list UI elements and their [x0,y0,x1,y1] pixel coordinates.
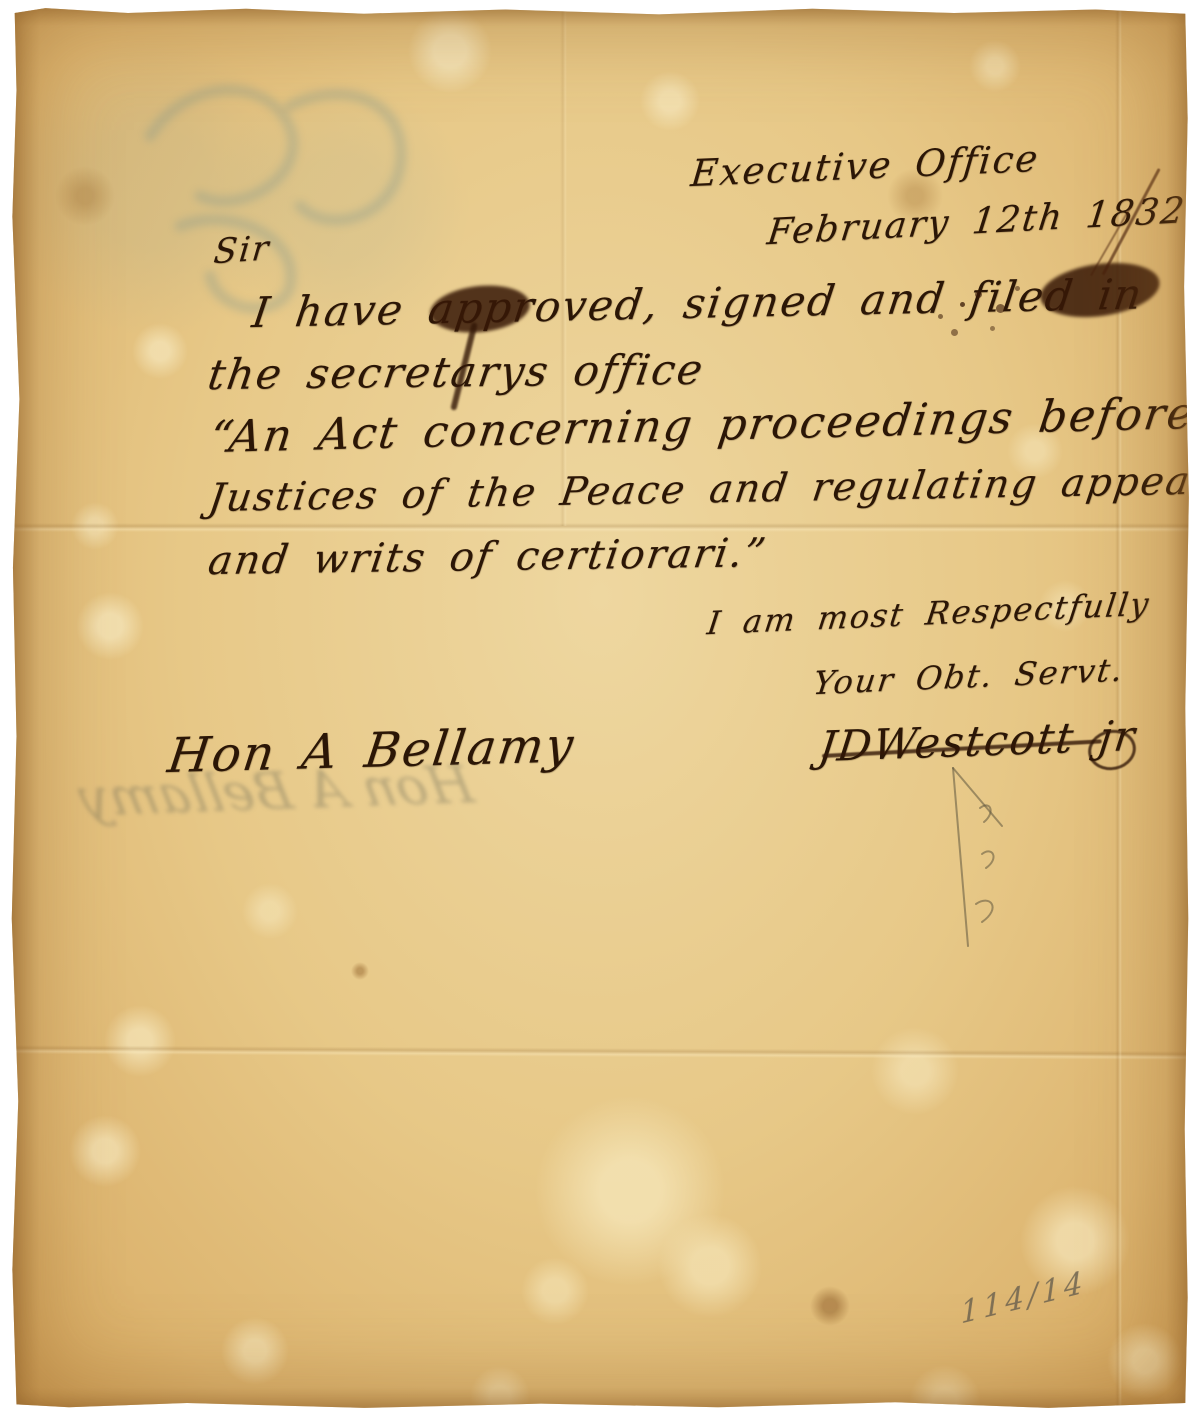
paper-sheet: Executive Office February 12th 1832 Sir … [10,6,1190,1410]
paper-edge-vignette [10,6,1190,1410]
scanned-letter-page: { "letter": { "letterhead": { "office": … [0,0,1200,1417]
